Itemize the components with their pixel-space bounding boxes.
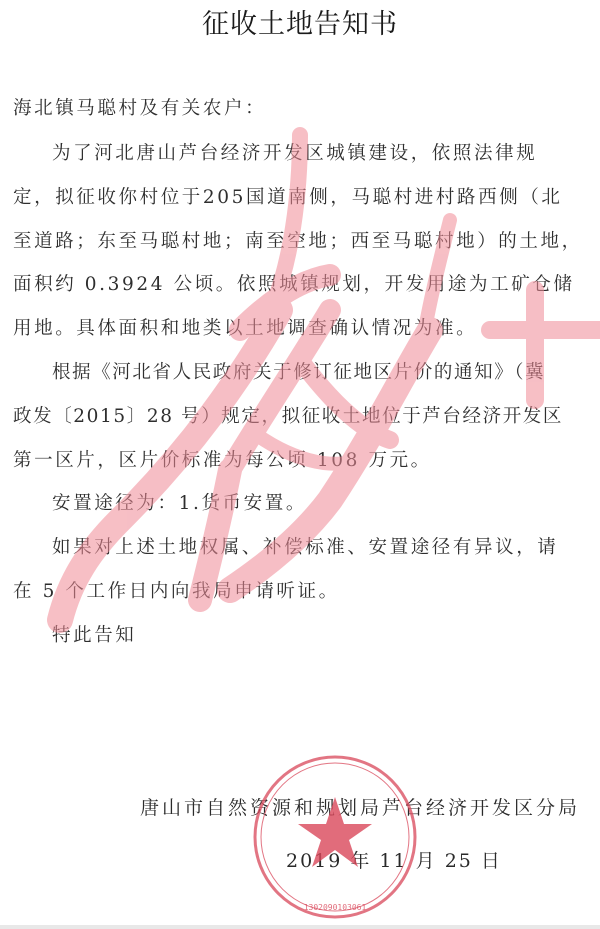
paragraph-line: 安置途径为：1.货币安置。 xyxy=(52,489,600,515)
page-bottom-edge xyxy=(0,925,600,929)
paragraph-line: 至道路；东至马聪村地；南至空地；西至马聪村地）的土地， xyxy=(13,227,593,253)
official-seal-stamp: 1302090103061 xyxy=(250,752,420,922)
paragraph-line: 第一区片，区片价标准为每公顷 108 万元。 xyxy=(13,446,593,472)
svg-text:1302090103061: 1302090103061 xyxy=(304,903,367,912)
paragraph-line: 根据《河北省人民政府关于修订征地区片价的通知》（冀 xyxy=(52,358,600,384)
date: 2019 年 11 月 25 日 xyxy=(286,846,502,873)
page-title: 征收土地告知书 xyxy=(0,2,600,41)
paragraph-line: 为了河北唐山芦台经济开发区城镇建设，依照法律规 xyxy=(52,139,600,165)
paragraph-line: 特此告知 xyxy=(52,621,600,647)
paragraph-line: 在 5 个工作日内向我局申请听证。 xyxy=(13,577,593,603)
salutation: 海北镇马聪村及有关农户： xyxy=(13,94,593,120)
signature: 唐山市自然资源和规划局芦台经济开发区分局 xyxy=(140,793,580,820)
paragraph-line: 用地。具体面积和地类以土地调查确认情况为准。 xyxy=(13,314,593,340)
paragraph-line: 如果对上述土地权属、补偿标准、安置途径有异议，请 xyxy=(52,533,600,559)
paragraph-line: 面积约 0.3924 公顷。依照城镇规划，开发用途为工矿仓储 xyxy=(13,270,593,296)
paragraph-line: 政发〔2015〕28 号）规定，拟征收土地位于芦台经济开发区 xyxy=(13,402,593,428)
paragraph-line: 定，拟征收你村位于205国道南侧，马聪村进村路西侧（北 xyxy=(13,183,593,209)
